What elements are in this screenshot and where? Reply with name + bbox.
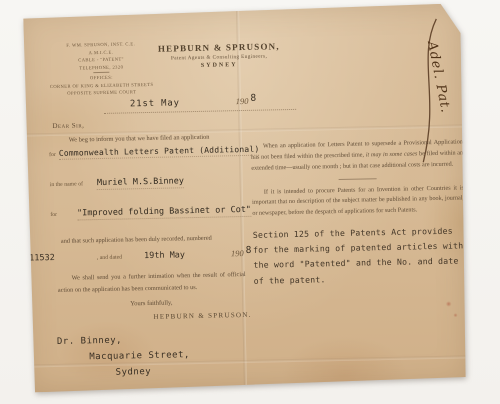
and-dated-label: , and dated — [97, 255, 122, 262]
recorded-line: and that such application has been duly … — [61, 235, 212, 245]
note-paragraph-2: If it is intended to procure Patents for… — [252, 183, 465, 220]
note-divider — [339, 178, 377, 180]
invention-title-entry: "Improved folding Bassinet or Cot" — [77, 205, 251, 221]
closing-paragraph: We shall send you a further intimation w… — [58, 269, 246, 297]
printed-year-prefix: 190 — [231, 248, 244, 258]
in-the-name-of-label: in the name of — [50, 181, 83, 188]
application-number: 11532 — [29, 253, 55, 264]
invention-title-row: for "Improved folding Bassinet or Cot" — [50, 205, 251, 221]
firm-signature: HEPBURN & SPRUSON. — [153, 311, 251, 321]
patent-type-row: for Commonwealth Letters Patent (Additio… — [49, 145, 260, 160]
recipient-address-block: Dr. Binney, Macquarie Street, Sydney — [57, 332, 191, 382]
application-number-row: 11532 , and dated 19th May 190 8 — [29, 248, 249, 264]
paper-sheet: F. Wm. Spruson, Inst. C.E. A.M.I.C.E. Ca… — [20, 3, 468, 392]
salutation: Dear Sir, — [52, 121, 84, 130]
typed-year-digit: 8 — [246, 245, 252, 256]
typed-section-125-note: Section 125 of the Patents Act provides … — [253, 223, 466, 288]
recipient-street: Macquarie Street, — [89, 348, 190, 366]
for-label: for — [50, 212, 57, 218]
recipient-city: Sydney — [115, 364, 190, 381]
letterhead-center-block: HEPBURN & SPRUSON, Patent Agents & Consu… — [137, 41, 302, 70]
right-column-notes: When an application for Letters Patent t… — [251, 137, 466, 288]
note-paragraph-1: When an application for Letters Patent t… — [251, 137, 464, 174]
date-line: 21st May 190 8 — [104, 95, 296, 114]
patent-type-entry: Commonwealth Letters Patent (Additional) — [59, 145, 260, 160]
valediction: Yours faithfully, — [130, 300, 172, 308]
applicant-row: in the name of Muriel M.S.Binney — [50, 176, 185, 191]
printed-year-prefix: 190 — [236, 96, 249, 106]
typed-filing-date: 19th May — [144, 250, 185, 261]
horizontal-fold-crease-top — [23, 124, 463, 136]
for-label: for — [49, 152, 56, 158]
scanned-letter: F. Wm. Spruson, Inst. C.E. A.M.I.C.E. Ca… — [24, 8, 464, 388]
typed-year-digit: 8 — [250, 93, 256, 104]
applicant-name-entry: Muriel M.S.Binney — [97, 176, 184, 190]
firm-city: SYDNEY — [137, 61, 301, 70]
firm-name: HEPBURN & SPRUSON, — [137, 41, 301, 54]
typed-letter-date: 21st May — [130, 98, 180, 109]
note-1-emphasis: it may in some cases — [366, 150, 418, 158]
